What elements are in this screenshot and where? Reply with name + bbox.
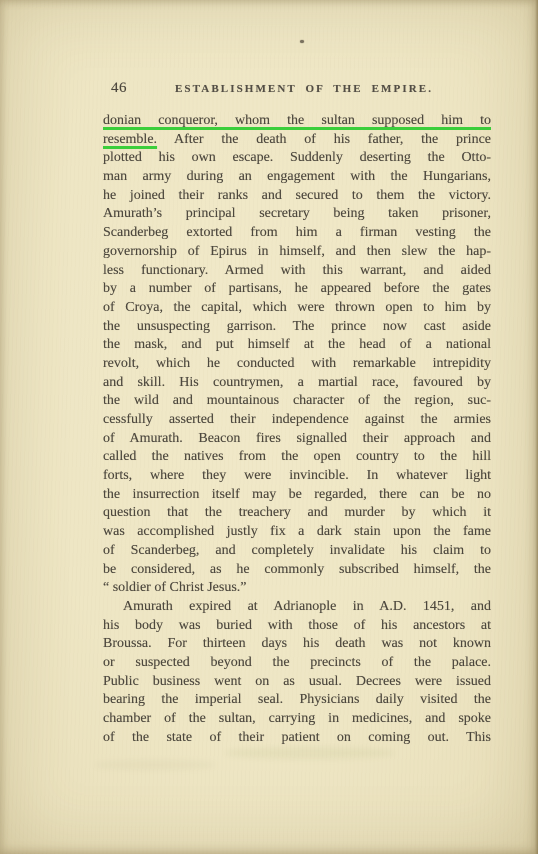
body-text-line: chamber of the sultan, carrying in medic… xyxy=(103,710,491,729)
body-text-line: by a number of partisans, he appeared be… xyxy=(103,280,491,299)
body-text-line: plotted his own escape. Suddenly deserti… xyxy=(103,149,491,168)
body-text-line: or suspected beyond the precincts of the… xyxy=(103,654,491,673)
body-text-line: cessfully asserted their independence ag… xyxy=(103,411,491,430)
body-text-line: he joined their ranks and secured to the… xyxy=(103,187,491,206)
body-text-line: donian conqueror, whom the sultan suppos… xyxy=(103,112,491,131)
bleedthrough-smudge xyxy=(95,760,215,770)
body-text-line: the mask, and put himself at the head of… xyxy=(103,336,491,355)
body-text-line: “ soldier of Christ Jesus.” xyxy=(103,579,491,598)
body-text-line: and skill. His countrymen, a martial rac… xyxy=(103,374,491,393)
page-number: 46 xyxy=(111,80,127,97)
body-text-line: Scanderbeg extorted from him a firman ve… xyxy=(103,224,491,243)
body-text-line: bearing the imperial seal. Physicians da… xyxy=(103,691,491,710)
green-underlined-text: donian conqueror, whom the sultan suppos… xyxy=(103,113,491,128)
body-text-line: the wild and mountainous character of th… xyxy=(103,392,491,411)
body-text-line: less functionary. Armed with this warran… xyxy=(103,262,491,281)
body-text: donian conqueror, whom the sultan suppos… xyxy=(103,112,491,747)
paper-speck xyxy=(300,40,304,43)
body-text-line: Broussa. For thirteen days his death was… xyxy=(103,635,491,654)
body-text-line: his body was buried with those of his an… xyxy=(103,617,491,636)
body-text-line: was accomplished justly fix a dark stain… xyxy=(103,523,491,542)
body-text-line: governorship of Epirus in himself, and t… xyxy=(103,243,491,262)
scanned-book-page: 46 ESTABLISHMENT OF THE EMPIRE. donian c… xyxy=(0,0,538,854)
body-text-line: resemble. After the death of his father,… xyxy=(103,131,491,150)
body-text-line: called the natives from the open country… xyxy=(103,448,491,467)
body-text-line: the insurrection itself may be regarded,… xyxy=(103,486,491,505)
body-text-line: Amurath’s principal secretary being take… xyxy=(103,205,491,224)
body-text-line: of Scanderbeg, and completely invalidate… xyxy=(103,542,491,561)
body-text-line: be considered, as he commonly subscribed… xyxy=(103,561,491,580)
body-text-line: Amurath expired at Adrianople in A.D. 14… xyxy=(103,598,491,617)
body-text-line: of the state of their patient on coming … xyxy=(103,729,491,748)
body-text-line: of Amurath. Beacon fires signalled their… xyxy=(103,430,491,449)
running-header: ESTABLISHMENT OF THE EMPIRE. xyxy=(175,83,433,95)
body-text-line: man army during an engagement with the H… xyxy=(103,168,491,187)
bleedthrough-smudge xyxy=(225,747,395,759)
body-text-line: question that the treachery and murder b… xyxy=(103,504,491,523)
body-text-line: Public business went on as usual. Decree… xyxy=(103,673,491,692)
green-underlined-text: resemble. xyxy=(103,132,157,147)
body-text-line: the unsuspecting garrison. The prince no… xyxy=(103,318,491,337)
body-text-line: of Croya, the capital, which were thrown… xyxy=(103,299,491,318)
body-text-line: revolt, which he conducted with remarkab… xyxy=(103,355,491,374)
body-text-line: forts, where they were invincible. In wh… xyxy=(103,467,491,486)
